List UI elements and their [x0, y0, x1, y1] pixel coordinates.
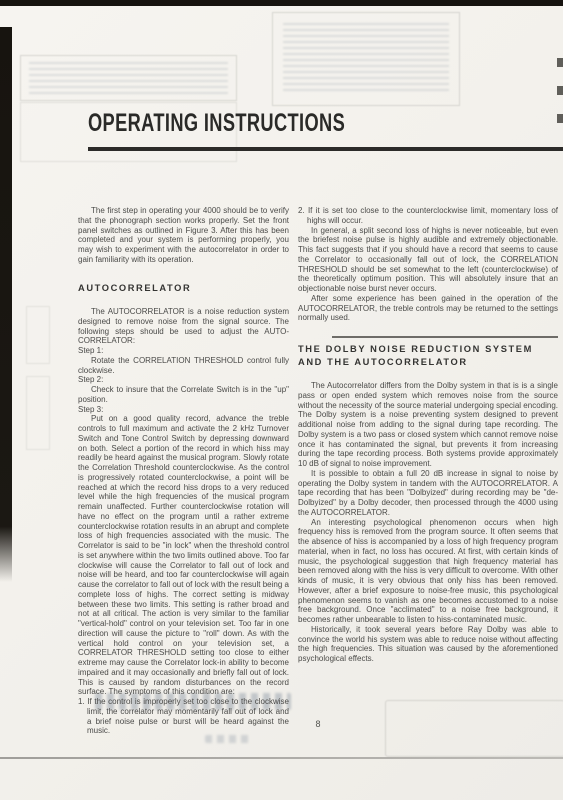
dolby-paragraph-1: The Autocorrelator differs from the Dolb… [298, 381, 558, 469]
historically-paragraph: Historically, it took several years befo… [298, 625, 558, 664]
step-2-label: Step 2: [78, 375, 289, 385]
left-column: The first step in operating your 4000 sh… [78, 206, 289, 736]
bleedthrough-text-lines [29, 62, 228, 94]
scan-bottom-edge [0, 757, 563, 759]
scanned-manual-page: OPERATING INSTRUCTIONS The first step in… [0, 0, 563, 800]
step-3-text: Put on a good quality record, advance th… [78, 414, 289, 697]
step-1-label: Step 1: [78, 346, 289, 356]
section-heading-dolby: THE DOLBY NOISE REDUCTION SYSTEM AND THE… [298, 343, 558, 368]
right-column: 2. If it is set too close to the counter… [298, 206, 558, 664]
bleedthrough-box [272, 12, 460, 106]
step-1-text: Rotate the CORRELATION THRESHOLD control… [78, 356, 289, 376]
page-number: 8 [308, 719, 328, 729]
section-divider-rule [332, 336, 558, 338]
bleedthrough-text-lines [283, 23, 449, 95]
scan-right-edge-mark [557, 86, 563, 95]
experience-paragraph: After some experience has been gained in… [298, 294, 558, 323]
bleedthrough-box [26, 376, 50, 450]
autocorrelator-intro-paragraph: The AUTOCORRELATOR is a noise reduction … [78, 307, 289, 346]
dolby-paragraph-2: It is possible to obtain a full 20 dB in… [298, 469, 558, 518]
bleedthrough-box [20, 55, 237, 101]
section-heading-autocorrelator: AUTOCORRELATOR [78, 282, 289, 295]
scan-right-edge-mark [557, 114, 563, 123]
bleedthrough-mirrored-caption [205, 735, 251, 743]
scan-left-edge [0, 27, 12, 582]
general-paragraph: In general, a split second loss of highs… [298, 226, 558, 294]
bleedthrough-box [26, 306, 50, 364]
step-3-label: Step 3: [78, 405, 289, 415]
scan-top-edge [0, 0, 563, 6]
scan-right-edge-mark [557, 58, 563, 67]
intro-paragraph: The first step in operating your 4000 sh… [78, 206, 289, 265]
step-2-text: Check to insure that the Correlate Switc… [78, 385, 289, 405]
symptom-item-2: 2. If it is set too close to the counter… [298, 206, 558, 226]
title-rule [88, 147, 563, 151]
psychology-paragraph: An interesting psychological phenomenon … [298, 518, 558, 625]
page-title: OPERATING INSTRUCTIONS [88, 109, 345, 138]
bleedthrough-box [385, 700, 563, 757]
symptom-item-1: 1. If the control is improperly set too … [78, 697, 289, 736]
